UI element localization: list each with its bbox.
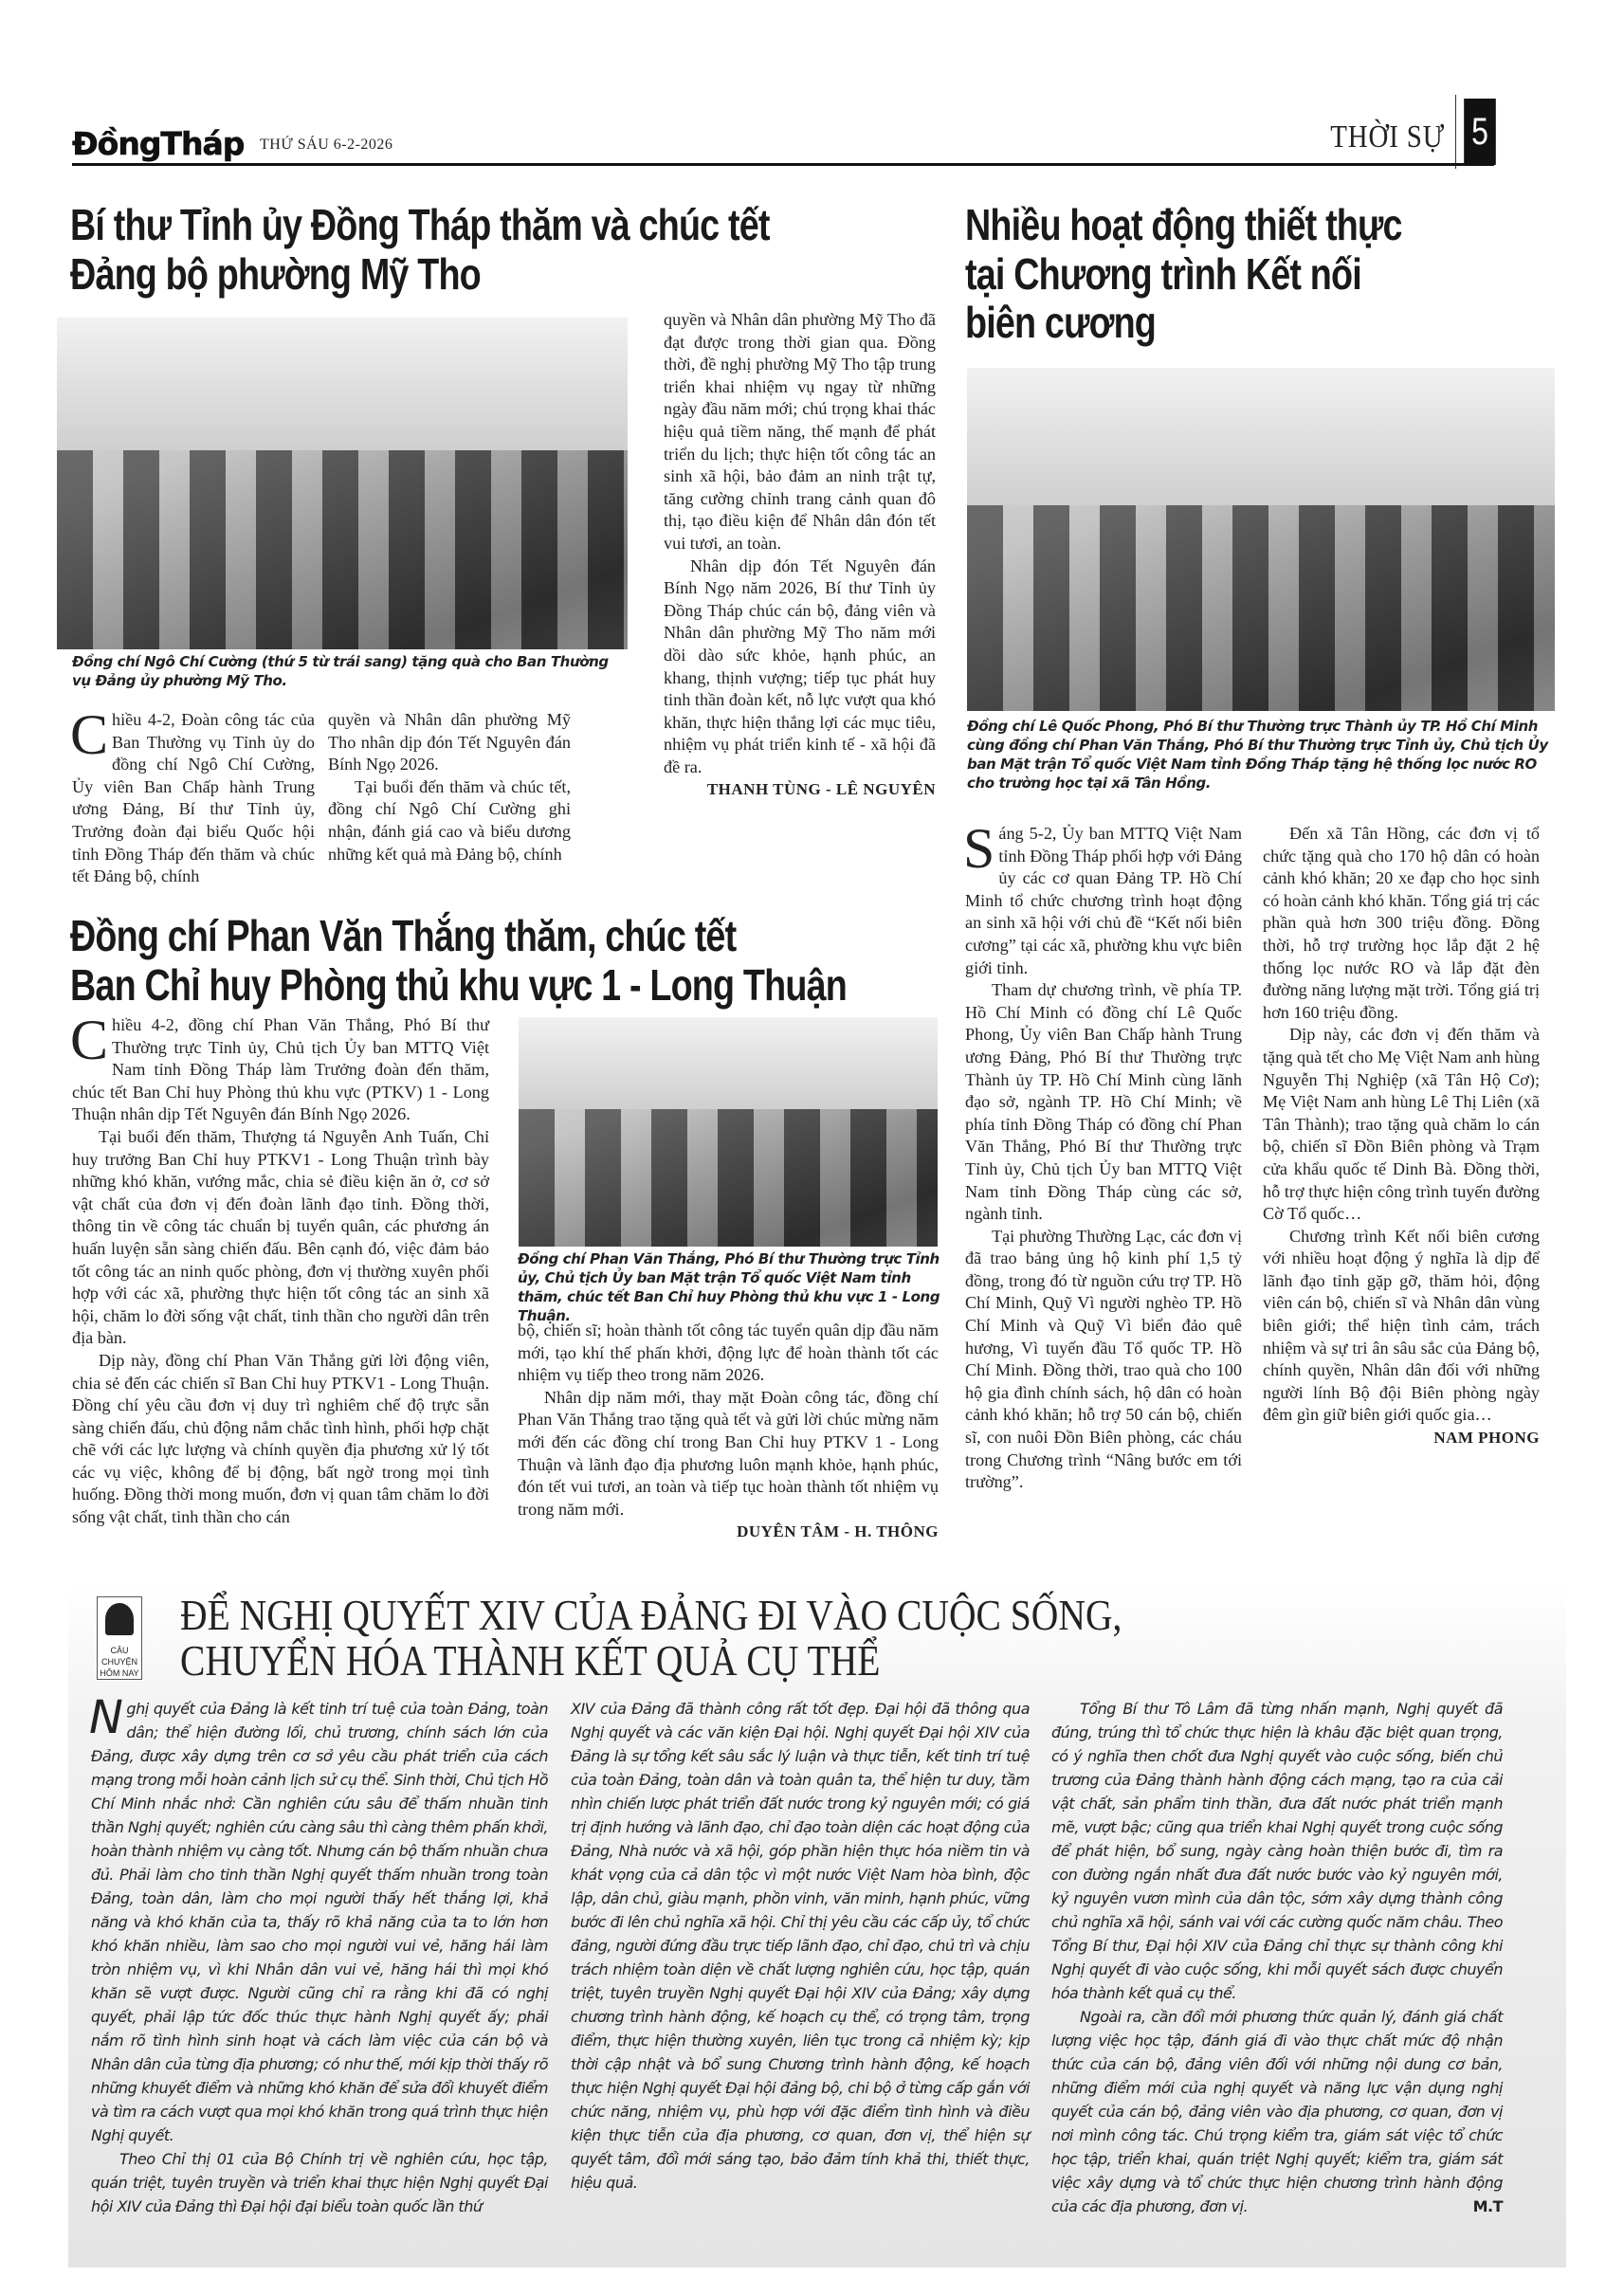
dropcap: S [963, 827, 994, 870]
title-line: ĐỂ NGHỊ QUYẾT XIV CỦA ĐẢNG ĐI VÀO CUỘC S… [180, 1593, 1122, 1638]
article1-headline: Bí thư Tỉnh ủy Đồng Tháp thăm và chúc tế… [70, 201, 925, 299]
headline-line: Ban Chỉ huy Phòng thủ khu vực 1 - Long T… [70, 961, 957, 1011]
paragraph: Tại buổi đến thăm và chúc tết, đồng chí … [328, 776, 571, 866]
paragraph: Đến xã Tân Hồng, các đơn vị tổ chức tặng… [1263, 823, 1540, 1024]
paragraph: quyền và Nhân dân phường Mỹ Tho nhân dịp… [328, 709, 571, 776]
article3-headline: Nhiều hoạt động thiết thực tại Chương tr… [965, 201, 1509, 348]
paragraph: hiều 4-2, Đoàn công tác của Ban Thường v… [72, 710, 315, 885]
paragraph: hiều 4-2, đồng chí Phan Văn Thắng, Phó B… [72, 1015, 489, 1123]
article1-col2: quyền và Nhân dân phường Mỹ Tho nhân dịp… [328, 709, 571, 866]
paragraph: Ngoài ra, cần đổi mới phương thức quản l… [1051, 2008, 1503, 2215]
article1-photo [57, 318, 628, 649]
logo-label-line: CÂU CHUYỆN [98, 1645, 141, 1667]
paragraph: bộ, chiến sĩ; hoàn thành tốt công tác tu… [518, 1320, 939, 1387]
article3-byline: NAM PHONG [1263, 1427, 1540, 1449]
paragraph: ghị quyết của Đảng là kết tinh trí tuệ c… [91, 1700, 548, 2144]
section-name: THỜI SỰ [1330, 119, 1445, 155]
article3-col1: Sáng 5-2, Ủy ban MTTQ Việt Nam tỉnh Đồng… [965, 823, 1242, 1494]
paragraph: Tại phường Thường Lạc, các đơn vị đã tra… [965, 1226, 1242, 1494]
photo-people [967, 505, 1555, 711]
article2-photo [519, 1017, 938, 1247]
feature-box: CÂU CHUYỆN HÔM NAY ĐỂ NGHỊ QUYẾT XIV CỦA… [68, 1585, 1566, 2268]
feature-logo-label: CÂU CHUYỆN HÔM NAY [98, 1645, 141, 1679]
title-line: CHUYỂN HÓA THÀNH KẾT QUẢ CỤ THỂ [180, 1638, 1122, 1684]
paragraph: Dịp này, các đơn vị đến thăm và tặng quà… [1263, 1024, 1540, 1225]
headline-line: biên cương [965, 299, 1509, 348]
dropcap: N [89, 1699, 122, 1737]
article2-caption: Đồng chí Phan Văn Thắng, Phó Bí thư Thườ… [518, 1249, 944, 1325]
feature-col2: XIV của Đảng đã thành công rất tốt đẹp. … [571, 1697, 1030, 2195]
article2-col1: Chiều 4-2, đồng chí Phan Văn Thắng, Phó … [72, 1014, 489, 1529]
photo-background [57, 318, 628, 450]
article1-caption: Đồng chí Ngô Chí Cường (thứ 5 từ trái sa… [72, 652, 622, 690]
headline-line: Đồng chí Phan Văn Thắng thăm, chúc tết [70, 912, 957, 961]
photo-people [57, 450, 628, 649]
paragraph: Tại buổi đến thăm, Thượng tá Nguyễn Anh … [72, 1126, 489, 1350]
paragraph: quyền và Nhân dân phường Mỹ Tho đã đạt đ… [664, 309, 936, 556]
headline-line: Nhiều hoạt động thiết thực [965, 201, 1509, 250]
article2-byline: DUYÊN TÂM - H. THÔNG [518, 1521, 939, 1543]
dropcap: C [70, 1018, 108, 1062]
headline-line: Đảng bộ phường Mỹ Tho [70, 250, 925, 300]
article1-col3: quyền và Nhân dân phường Mỹ Tho đã đạt đ… [664, 309, 936, 801]
pen-globe-icon [105, 1603, 134, 1635]
paragraph: XIV của Đảng đã thành công rất tốt đẹp. … [571, 1697, 1030, 2195]
article3-caption: Đồng chí Lê Quốc Phong, Phó Bí thư Thườn… [967, 717, 1555, 793]
feature-byline: M.T [1445, 2195, 1503, 2218]
paragraph: Tham dự chương trình, về phía TP. Hồ Chí… [965, 979, 1242, 1226]
masthead: ĐồngTháp THỨ SÁU 6-2-2026 THỜI SỰ 5 [72, 112, 1551, 165]
paragraph: Theo Chỉ thị 01 của Bộ Chính trị về nghi… [91, 2147, 548, 2218]
article1-byline: THANH TÙNG - LÊ NGUYÊN [664, 778, 936, 801]
masthead-rule [72, 163, 1494, 166]
issue-date: THỨ SÁU 6-2-2026 [260, 137, 392, 154]
photo-background [519, 1017, 938, 1109]
logo-label-line: HÔM NAY [98, 1667, 141, 1679]
paragraph: Chương trình Kết nối biên cương với nhiề… [1263, 1226, 1540, 1427]
paragraph: Tổng Bí thư Tô Lâm đã từng nhấn mạnh, Ng… [1051, 1697, 1503, 2005]
article3-col2: Đến xã Tân Hồng, các đơn vị tổ chức tặng… [1263, 823, 1540, 1449]
feature-col1: Nghị quyết của Đảng là kết tinh trí tuệ … [91, 1697, 548, 2218]
feature-col3: Tổng Bí thư Tô Lâm đã từng nhấn mạnh, Ng… [1051, 1697, 1503, 2218]
article2-col2: bộ, chiến sĩ; hoàn thành tốt công tác tu… [518, 1320, 939, 1543]
headline-line: Bí thư Tỉnh ủy Đồng Tháp thăm và chúc tế… [70, 201, 925, 250]
dropcap: C [70, 713, 108, 756]
feature-title: ĐỂ NGHỊ QUYẾT XIV CỦA ĐẢNG ĐI VÀO CUỘC S… [180, 1593, 1122, 1684]
paragraph: Nhân dịp đón Tết Nguyên đán Bính Ngọ năm… [664, 556, 936, 779]
article3-photo [967, 368, 1555, 711]
section-divider [1455, 95, 1456, 169]
paragraph: Dịp này, đồng chí Phan Văn Thắng gửi lời… [72, 1350, 489, 1529]
newspaper-logo: ĐồngTháp [72, 125, 244, 162]
photo-people [519, 1109, 938, 1247]
feature-logo: CÂU CHUYỆN HÔM NAY [97, 1596, 142, 1680]
paragraph: Nhân dịp năm mới, thay mặt Đoàn công tác… [518, 1387, 939, 1522]
page-number: 5 [1464, 99, 1496, 165]
article1-col1: Chiều 4-2, Đoàn công tác của Ban Thường … [72, 709, 315, 888]
article2-headline: Đồng chí Phan Văn Thắng thăm, chúc tết B… [70, 912, 957, 1010]
headline-line: tại Chương trình Kết nối [965, 250, 1509, 300]
paragraph: áng 5-2, Ủy ban MTTQ Việt Nam tỉnh Đồng … [965, 824, 1242, 977]
photo-background [967, 368, 1555, 505]
